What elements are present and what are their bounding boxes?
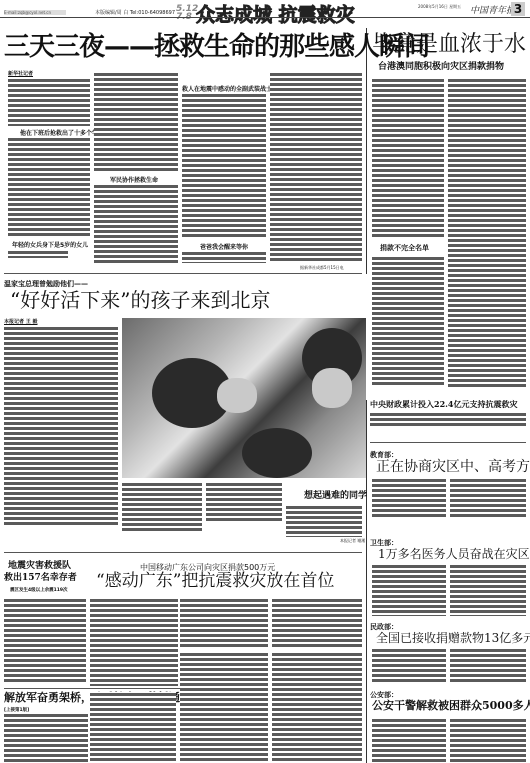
- masthead: 中国青年报: [470, 3, 515, 16]
- donation-list-col2: [448, 78, 526, 388]
- civil-text-col1: [372, 648, 446, 684]
- header-editor-info: 本版编辑/周 白 Tel:010-64098697: [95, 9, 175, 16]
- main-subhead: 他在下班后抢救出了十多个学生: [20, 128, 104, 137]
- main-subhead: 救人在地震中感动的全副武装战士: [182, 84, 272, 93]
- section-divider: [4, 552, 362, 553]
- finance-text: [370, 412, 526, 428]
- children-byline: 本报记者 王 毅: [4, 318, 37, 325]
- finance-headline: 中央财政累计投入22.4亿元支持抗震救灾: [370, 400, 517, 408]
- children-text-col3: [206, 482, 282, 522]
- main-text-col1b: [8, 137, 90, 237]
- pla-text-col2: [90, 692, 176, 763]
- children-text-col1: [4, 326, 118, 526]
- children-text-col2: [122, 482, 202, 532]
- taiwan-headline: 毕竟是血浓于水: [372, 34, 526, 56]
- civil-headline: 全国已接收捐赠款物13亿多元: [376, 632, 530, 644]
- issue-info: 2008年5月16日 星期五: [418, 4, 461, 9]
- rescue-headline-1: 地震灾害救援队: [8, 562, 71, 571]
- main-text-col3b: [182, 251, 266, 263]
- education-text-col2: [450, 478, 526, 518]
- main-text-col2b: [94, 184, 178, 264]
- donation-list-title: 捐款不完全名单: [380, 243, 429, 253]
- health-headline: 1万多名医务人员奋战在灾区: [378, 548, 530, 560]
- rescue-subhead: 震区发生4级以上余震119次: [10, 587, 68, 593]
- main-byline: 新华社记者: [8, 70, 33, 77]
- main-subhead: 军民协作拯救生命: [110, 175, 158, 184]
- mobile-headline: “感动广东”把抗震救灾放在首位: [96, 573, 334, 590]
- main-text-col1: [8, 78, 90, 126]
- column-rule: [366, 400, 367, 763]
- police-text-col2: [450, 718, 526, 763]
- taiwan-text-col1: [372, 78, 444, 238]
- banner-title: 众志成城 抗震救灾: [196, 0, 355, 27]
- header-divider: [0, 17, 530, 18]
- mobile-text-col3: [272, 598, 362, 648]
- page-number: 3: [511, 2, 525, 16]
- children-headline: “好好活下来”的孩子来到北京: [10, 290, 270, 310]
- rescue-text: [4, 598, 86, 682]
- police-text-col1: [372, 718, 446, 763]
- section-divider: [4, 688, 180, 689]
- header-email: E-mail:zqb@cyol.net.cn: [4, 10, 66, 15]
- rescue-headline-2: 救出157名幸存者: [4, 574, 77, 583]
- sidebar-byline: 本报记者 谢湘: [340, 538, 365, 544]
- main-text-col4: [270, 72, 362, 262]
- mobile-text-col1: [90, 598, 178, 686]
- taiwan-subhead: 台港澳同胞积极向灾区捐款捐物: [378, 63, 504, 72]
- main-headline: 三天三夜——拯救生命的那些感人瞬间: [4, 34, 429, 60]
- main-text-col2: [94, 72, 178, 172]
- main-subhead: 年轻的女兵身下是5岁的女儿: [12, 240, 88, 249]
- main-footer: 据新华社成都5月15日电: [300, 265, 344, 271]
- education-headline: 正在协商灾区中、高考方案: [376, 460, 530, 474]
- police-headline: 公安干警解救被困群众5000多人: [372, 700, 530, 711]
- health-text-col2: [450, 564, 526, 616]
- pla-text-col1: [4, 713, 88, 763]
- sidebar-text: [286, 505, 362, 537]
- sidebar-title: 想起遇难的同学: [304, 492, 367, 501]
- section-divider: [4, 273, 362, 274]
- column-rule: [366, 28, 367, 274]
- section-banner: 5.12 7.8 众志成城 抗震救灾: [176, 0, 355, 26]
- education-text-col1: [372, 478, 446, 518]
- donation-list-col1: [372, 256, 444, 386]
- news-photo: [122, 318, 366, 478]
- pla-text-col4: [272, 652, 362, 763]
- banner-date: 5.12 7.8: [176, 5, 196, 21]
- mobile-text-col2: [180, 598, 268, 648]
- main-subhead: 爸爸我会醒来等你: [200, 242, 248, 251]
- section-divider: [370, 442, 526, 443]
- civil-text-col2: [450, 648, 526, 684]
- main-text-col1c: [8, 250, 68, 258]
- pla-text-col3: [180, 652, 268, 763]
- health-text-col1: [372, 564, 446, 616]
- main-text-col3: [182, 93, 266, 239]
